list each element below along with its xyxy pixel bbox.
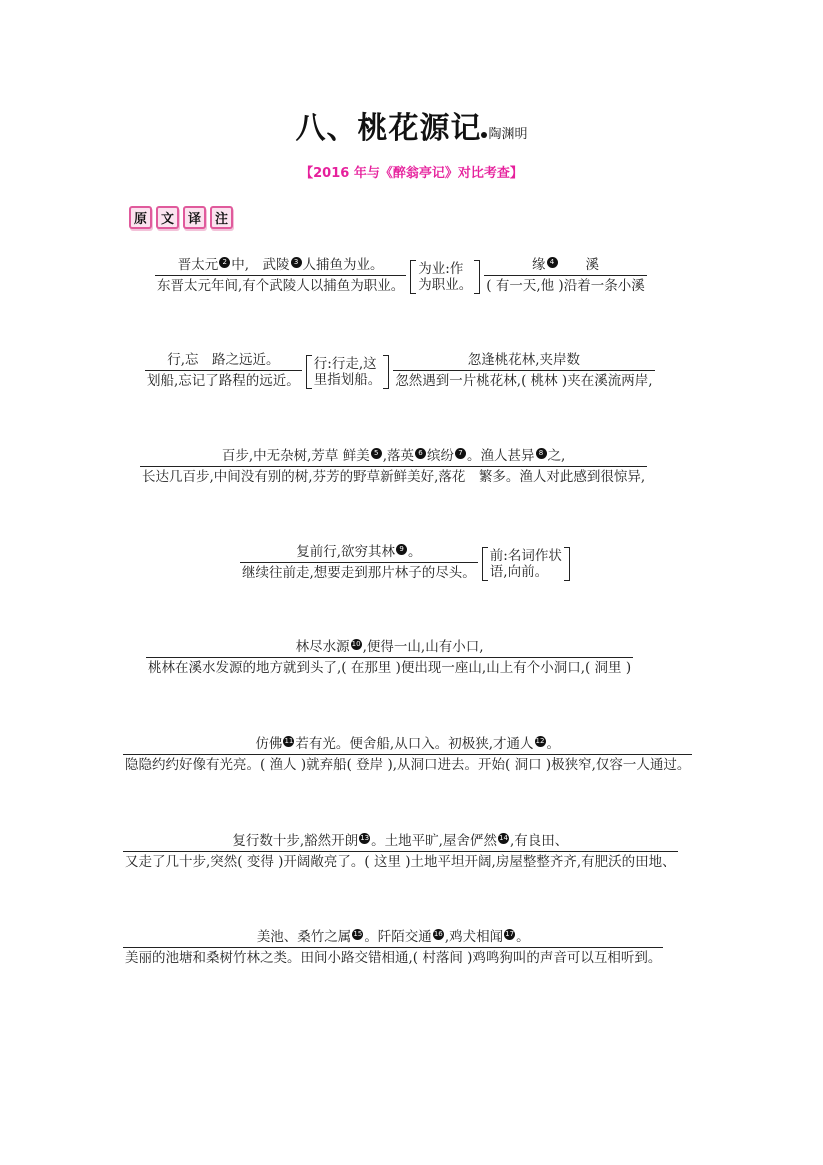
footnote-number-icon: 5 bbox=[371, 448, 382, 459]
original-text: 缘4 溪 bbox=[484, 255, 646, 276]
original-text: 忽逢桃花林,夹岸数 bbox=[393, 350, 654, 371]
text-row: 百步,中无杂树,芳草 鲜美5,落英6缤纷7。渔人甚异8之,长达几百步,中间没有别… bbox=[140, 446, 647, 487]
text-row: 晋太元2中, 武陵3人捕鱼为业。东晋太元年间,有个武陵人以捕鱼为职业。为业:作为… bbox=[155, 255, 647, 296]
original-translation-pair: 美池、桑竹之属15。阡陌交通16,鸡犬相闻17。美丽的池塘和桑树竹林之类。田间小… bbox=[123, 927, 663, 968]
original-translation-pair: 仿佛11若有光。便舍船,从口入。初极狭,才通人12。隐隐约约好像有光亮。( 渔人… bbox=[123, 734, 692, 775]
translation-text: ( 有一天,他 )沿着一条小溪 bbox=[484, 276, 646, 296]
original-text: 美池、桑竹之属15。阡陌交通16,鸡犬相闻17。 bbox=[123, 927, 663, 948]
footnote-number-icon: 10 bbox=[351, 639, 362, 650]
translation-text: 隐隐约约好像有光亮。( 渔人 )就弃船( 登岸 ),从洞口进去。开始( 洞口 )… bbox=[123, 755, 692, 775]
original-translation-pair: 复行数十步,豁然开朗13。土地平旷,屋舍俨然14,有良田、又走了几十步,突然( … bbox=[123, 831, 678, 872]
translation-text: 长达几百步,中间没有别的树,芬芳的野草新鲜美好,落花 繁多。渔人对此感到很惊异, bbox=[140, 467, 647, 487]
translation-text: 美丽的池塘和桑树竹林之类。田间小路交错相通,( 村落间 )鸡鸣狗叫的声音可以互相… bbox=[123, 948, 663, 968]
text-row: 林尽水源10,便得一山,山有小口,桃林在溪水发源的地方就到头了,( 在那里 )便… bbox=[146, 637, 633, 678]
footnote-number-icon: 13 bbox=[359, 833, 370, 844]
footnote-number-icon: 2 bbox=[219, 257, 230, 268]
original-text: 复行数十步,豁然开朗13。土地平旷,屋舍俨然14,有良田、 bbox=[123, 831, 678, 852]
translation-text: 又走了几十步,突然( 变得 )开阔敞亮了。( 这里 )土地平坦开阔,房屋整整齐齐… bbox=[123, 852, 678, 872]
original-translation-pair: 缘4 溪( 有一天,他 )沿着一条小溪 bbox=[484, 255, 646, 296]
footnote-number-icon: 8 bbox=[536, 448, 547, 459]
translation-text: 划船,忘记了路程的远近。 bbox=[145, 371, 302, 391]
original-text: 晋太元2中, 武陵3人捕鱼为业。 bbox=[155, 255, 406, 276]
annotation-bracket: 为业:作为职业。 bbox=[410, 261, 480, 293]
exam-note: 【2016 年与《醉翁亭记》对比考查】 bbox=[0, 162, 823, 181]
footnote-number-icon: 11 bbox=[283, 736, 294, 747]
footnote-marker-icon bbox=[481, 132, 487, 138]
label-yuan: 原 bbox=[129, 206, 152, 229]
original-translation-pair: 复前行,欲穷其林9。继续往前走,想要走到那片林子的尽头。 bbox=[240, 542, 478, 583]
translation-text: 桃林在溪水发源的地方就到头了,( 在那里 )便出现一座山,山上有个小洞口,( 洞… bbox=[146, 658, 633, 678]
original-text: 仿佛11若有光。便舍船,从口入。初极狭,才通人12。 bbox=[123, 734, 692, 755]
footnote-number-icon: 9 bbox=[396, 544, 407, 555]
text-row: 复前行,欲穷其林9。继续往前走,想要走到那片林子的尽头。前:名词作状语,向前。 bbox=[240, 542, 574, 583]
original-translation-pair: 百步,中无杂树,芳草 鲜美5,落英6缤纷7。渔人甚异8之,长达几百步,中间没有别… bbox=[140, 446, 647, 487]
label-wen: 文 bbox=[156, 206, 179, 229]
footnote-number-icon: 16 bbox=[433, 929, 444, 940]
label-zhu: 注 bbox=[210, 206, 233, 229]
footnote-number-icon: 6 bbox=[415, 448, 426, 459]
text-row: 美池、桑竹之属15。阡陌交通16,鸡犬相闻17。美丽的池塘和桑树竹林之类。田间小… bbox=[123, 927, 663, 968]
annotation-bracket: 前:名词作状语,向前。 bbox=[482, 548, 570, 580]
title-text: 八、桃花源记 bbox=[295, 111, 481, 146]
original-text: 百步,中无杂树,芳草 鲜美5,落英6缤纷7。渔人甚异8之, bbox=[140, 446, 647, 467]
footnote-number-icon: 15 bbox=[352, 929, 363, 940]
footnote-number-icon: 3 bbox=[291, 257, 302, 268]
original-translation-pair: 行,忘 路之远近。划船,忘记了路程的远近。 bbox=[145, 350, 302, 391]
text-row: 行,忘 路之远近。划船,忘记了路程的远近。行:行走,这里指划船。忽逢桃花林,夹岸… bbox=[145, 350, 655, 391]
text-row: 复行数十步,豁然开朗13。土地平旷,屋舍俨然14,有良田、又走了几十步,突然( … bbox=[123, 831, 678, 872]
section-labels: 原 文 译 注 bbox=[129, 206, 233, 229]
footnote-number-icon: 14 bbox=[498, 833, 509, 844]
translation-text: 继续往前走,想要走到那片林子的尽头。 bbox=[240, 563, 478, 583]
original-translation-pair: 忽逢桃花林,夹岸数忽然遇到一片桃花林,( 桃林 )夹在溪流两岸, bbox=[393, 350, 654, 391]
label-yi: 译 bbox=[183, 206, 206, 229]
page-title: 八、桃花源记陶渊明 bbox=[0, 103, 823, 147]
original-text: 林尽水源10,便得一山,山有小口, bbox=[146, 637, 633, 658]
footnote-number-icon: 17 bbox=[504, 929, 515, 940]
footnote-number-icon: 7 bbox=[455, 448, 466, 459]
footnote-number-icon: 4 bbox=[547, 257, 558, 268]
original-translation-pair: 林尽水源10,便得一山,山有小口,桃林在溪水发源的地方就到头了,( 在那里 )便… bbox=[146, 637, 633, 678]
original-text: 行,忘 路之远近。 bbox=[145, 350, 302, 371]
original-text: 复前行,欲穷其林9。 bbox=[240, 542, 478, 563]
annotation-bracket: 行:行走,这里指划船。 bbox=[306, 356, 390, 388]
original-translation-pair: 晋太元2中, 武陵3人捕鱼为业。东晋太元年间,有个武陵人以捕鱼为职业。 bbox=[155, 255, 406, 296]
translation-text: 东晋太元年间,有个武陵人以捕鱼为职业。 bbox=[155, 276, 406, 296]
footnote-number-icon: 12 bbox=[535, 736, 546, 747]
translation-text: 忽然遇到一片桃花林,( 桃林 )夹在溪流两岸, bbox=[393, 371, 654, 391]
text-row: 仿佛11若有光。便舍船,从口入。初极狭,才通人12。隐隐约约好像有光亮。( 渔人… bbox=[123, 734, 692, 775]
author: 陶渊明 bbox=[481, 127, 527, 142]
